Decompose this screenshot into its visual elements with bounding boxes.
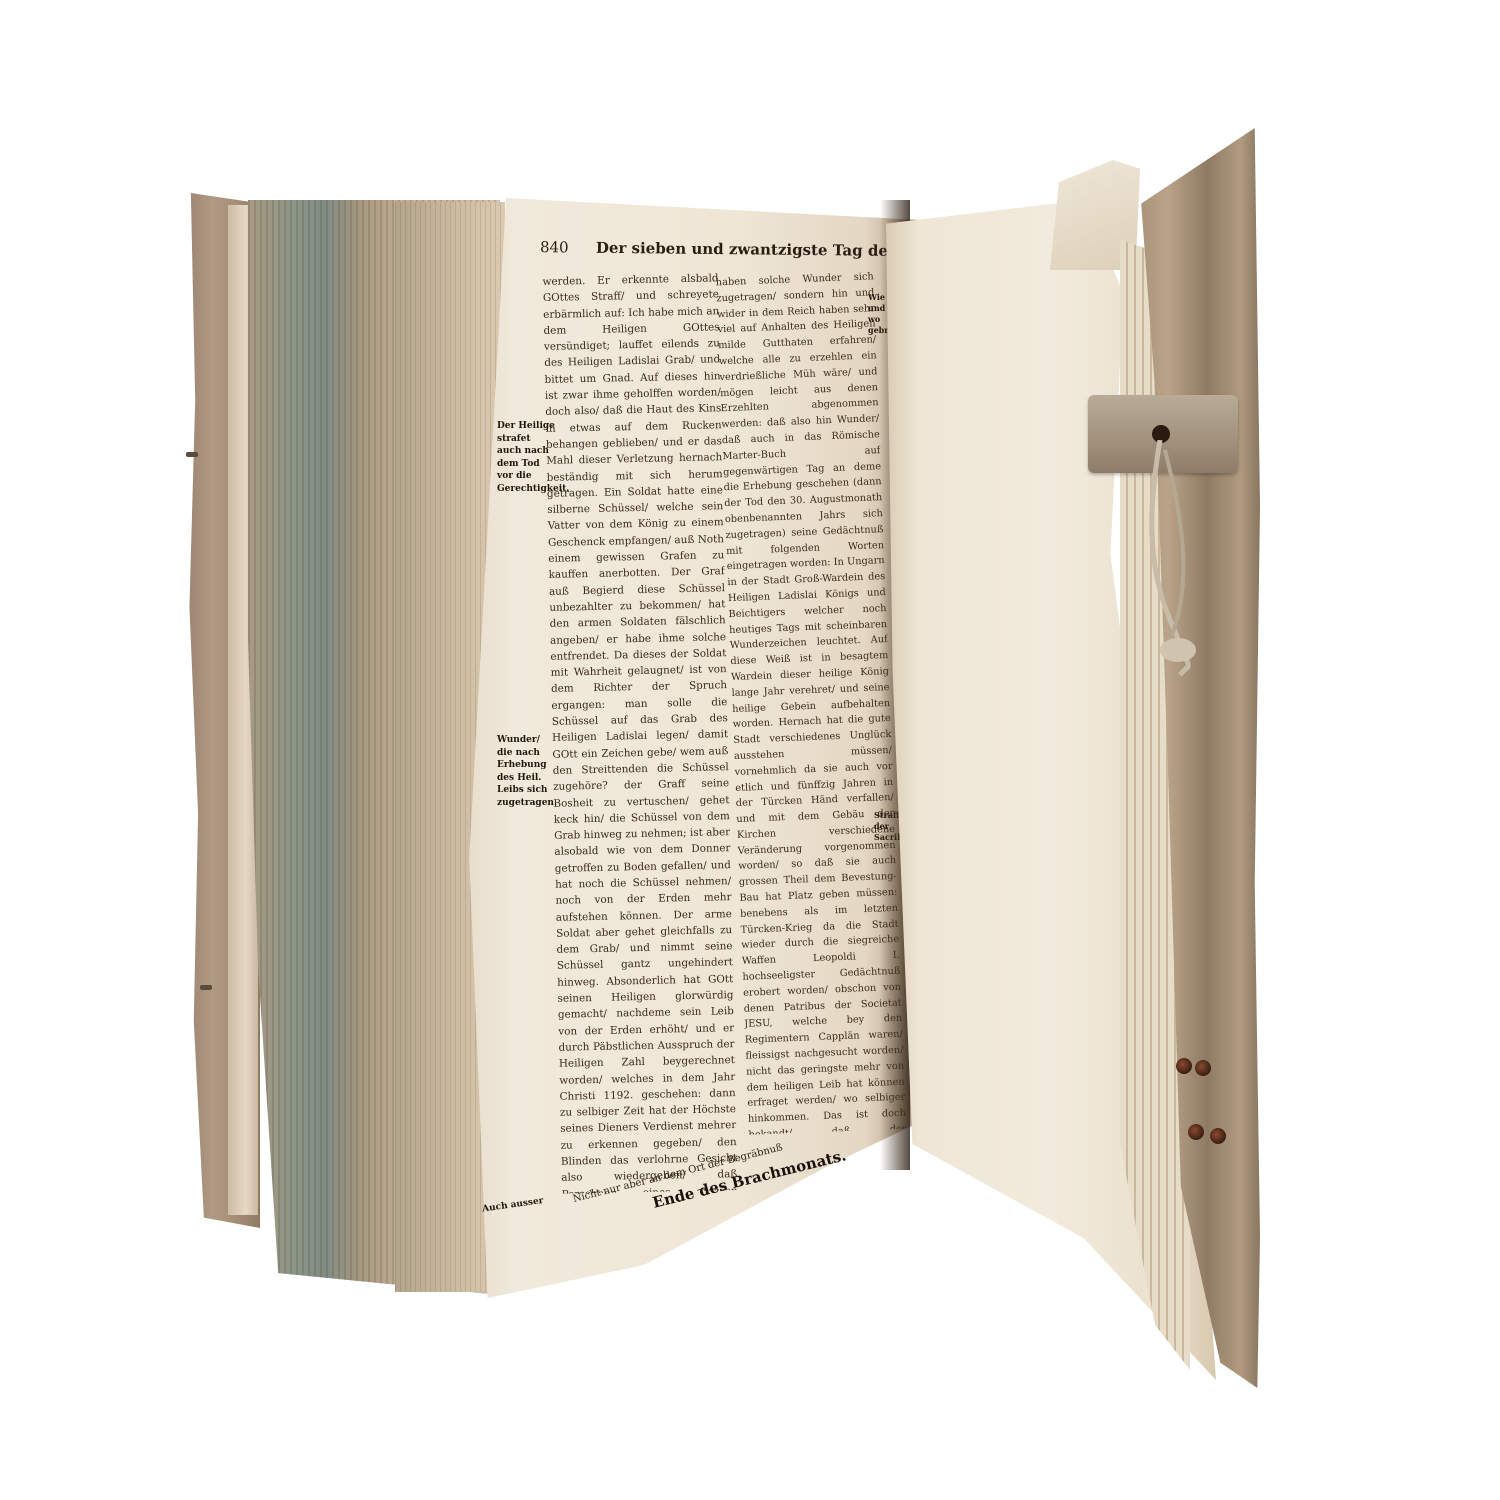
- rivet-icon: [1188, 1124, 1204, 1140]
- running-head: 840 Der sieben und zwantzigste Tag des B…: [540, 238, 890, 260]
- text-column-left: werden. Er erkennte alsbald GOttes Straf…: [542, 270, 737, 1193]
- tie-string-icon: [1140, 440, 1200, 680]
- rivet-icon: [1210, 1128, 1226, 1144]
- margin-note: Der Heilige strafet auch nach dem Tod vo…: [497, 420, 555, 495]
- rivet-icon: [1195, 1060, 1211, 1076]
- page-number: 840: [540, 238, 569, 256]
- clasp-pin-top: [186, 452, 198, 457]
- margin-note: Wunder/ die nach Erhebung des Heil. Leib…: [497, 734, 555, 809]
- clasp-pin-bottom: [200, 985, 212, 990]
- text-column-right: haben solche Wunder sich zugetragen/ son…: [716, 269, 907, 1134]
- rivet-icon: [1176, 1058, 1192, 1074]
